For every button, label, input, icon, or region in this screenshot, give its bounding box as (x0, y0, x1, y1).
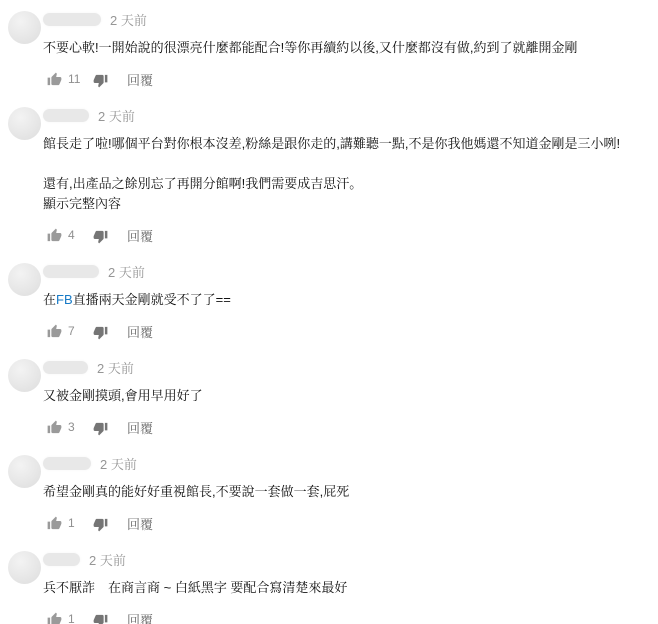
avatar[interactable] (8, 263, 41, 296)
username-redacted[interactable] (43, 457, 91, 470)
like-button[interactable]: 4 (47, 228, 93, 243)
like-button[interactable]: 1 (47, 516, 93, 531)
comment-actions: 4 回覆 (43, 226, 650, 244)
reply-button[interactable]: 回覆 (127, 514, 153, 533)
comment: 2 天前 又被金剛摸頭,會用早用好了 3 回覆 (8, 358, 650, 436)
username-redacted[interactable] (43, 265, 99, 278)
comment-paragraph: 還有,出產品之餘別忘了再開分館啊!我們需要成吉思汗。 (43, 174, 650, 194)
comment-text: 在FB直播兩天金剛就受不了了== (43, 290, 650, 310)
dislike-button[interactable] (93, 226, 108, 244)
comment-actions: 1 回覆 (43, 610, 650, 624)
comment-text: 希望金剛真的能好好重視館長,不要說一套做一套,屁死 (43, 482, 650, 502)
like-count: 1 (68, 516, 75, 530)
comment-paragraph: 館長走了啦!哪個平台對你根本沒差,粉絲是跟你走的,講難聽一點,不是你我他媽還不知… (43, 134, 650, 154)
show-more-link[interactable]: 顯示完整內容 (43, 194, 650, 214)
avatar[interactable] (8, 359, 41, 392)
reply-button[interactable]: 回覆 (127, 70, 153, 89)
username-redacted[interactable] (43, 13, 101, 26)
comment-actions: 7 回覆 (43, 322, 650, 340)
comment-content: 2 天前 館長走了啦!哪個平台對你根本沒差,粉絲是跟你走的,講難聽一點,不是你我… (43, 106, 650, 244)
comment-actions: 3 回覆 (43, 418, 650, 436)
like-count: 11 (68, 72, 80, 86)
like-count: 4 (68, 228, 75, 242)
comment-text-segment: 直播兩天金剛就受不了了== (73, 292, 231, 307)
thumb-up-icon (47, 72, 62, 87)
avatar[interactable] (8, 11, 41, 44)
thumb-down-icon (93, 229, 108, 244)
comment: 2 天前 不要心軟!一開始說的很漂亮什麼都能配合!等你再續約以後,又什麼都沒有做… (8, 10, 650, 88)
reply-button[interactable]: 回覆 (127, 322, 153, 341)
comment-text: 不要心軟!一開始說的很漂亮什麼都能配合!等你再續約以後,又什麼都沒有做,約到了就… (43, 38, 650, 58)
comment-header: 2 天前 (43, 106, 650, 125)
comment-text-segment: 在 (43, 292, 56, 307)
avatar[interactable] (8, 107, 41, 140)
thumb-up-icon (47, 612, 62, 624)
comment-actions: 1 回覆 (43, 514, 650, 532)
comment-header: 2 天前 (43, 454, 650, 473)
comment-timestamp[interactable]: 2 天前 (98, 106, 135, 125)
thumb-down-icon (93, 421, 108, 436)
thumb-up-icon (47, 420, 62, 435)
like-button[interactable]: 3 (47, 420, 93, 435)
comment-header: 2 天前 (43, 358, 650, 377)
username-redacted[interactable] (43, 109, 89, 122)
like-button[interactable]: 7 (47, 324, 93, 339)
comment-text: 又被金剛摸頭,會用早用好了 (43, 386, 650, 406)
thumb-up-icon (47, 324, 62, 339)
comment-header: 2 天前 (43, 550, 650, 569)
like-count: 7 (68, 324, 75, 338)
thumb-down-icon (93, 325, 108, 340)
comment: 2 天前 希望金剛真的能好好重視館長,不要說一套做一套,屁死 1 回覆 (8, 454, 650, 532)
comment-actions: 11 回覆 (43, 70, 650, 88)
like-count: 1 (68, 612, 75, 624)
comment: 2 天前 在FB直播兩天金剛就受不了了== 7 回覆 (8, 262, 650, 340)
like-count: 3 (68, 420, 75, 434)
comment-content: 2 天前 又被金剛摸頭,會用早用好了 3 回覆 (43, 358, 650, 436)
thumb-up-icon (47, 228, 62, 243)
comment-timestamp[interactable]: 2 天前 (110, 10, 147, 29)
dislike-button[interactable] (93, 514, 108, 532)
comment-text: 兵不厭詐 在商言商 ~ 白紙黑字 要配合寫清楚來最好 (43, 578, 650, 598)
avatar[interactable] (8, 455, 41, 488)
like-button[interactable]: 11 (47, 72, 93, 87)
avatar[interactable] (8, 551, 41, 584)
thumb-up-icon (47, 516, 62, 531)
reply-button[interactable]: 回覆 (127, 418, 153, 437)
comment: 2 天前 兵不厭詐 在商言商 ~ 白紙黑字 要配合寫清楚來最好 1 回覆 (8, 550, 650, 624)
thumb-down-icon (93, 73, 108, 88)
like-button[interactable]: 1 (47, 612, 93, 624)
username-redacted[interactable] (43, 553, 80, 566)
reply-button[interactable]: 回覆 (127, 610, 153, 624)
comment-text: 館長走了啦!哪個平台對你根本沒差,粉絲是跟你走的,講難聽一點,不是你我他媽還不知… (43, 134, 650, 214)
comment-content: 2 天前 不要心軟!一開始說的很漂亮什麼都能配合!等你再續約以後,又什麼都沒有做… (43, 10, 650, 88)
thumb-down-icon (93, 613, 108, 624)
comment-timestamp[interactable]: 2 天前 (108, 262, 145, 281)
dislike-button[interactable] (93, 70, 108, 88)
reply-button[interactable]: 回覆 (127, 226, 153, 245)
dislike-button[interactable] (93, 610, 108, 624)
comments-section: 2 天前 不要心軟!一開始說的很漂亮什麼都能配合!等你再續約以後,又什麼都沒有做… (0, 0, 658, 624)
comment: 2 天前 館長走了啦!哪個平台對你根本沒差,粉絲是跟你走的,講難聽一點,不是你我… (8, 106, 650, 244)
dislike-button[interactable] (93, 322, 108, 340)
comment-header: 2 天前 (43, 10, 650, 29)
fb-link[interactable]: FB (56, 292, 73, 307)
comment-timestamp[interactable]: 2 天前 (89, 550, 126, 569)
comment-content: 2 天前 兵不厭詐 在商言商 ~ 白紙黑字 要配合寫清楚來最好 1 回覆 (43, 550, 650, 624)
comment-timestamp[interactable]: 2 天前 (97, 358, 134, 377)
username-redacted[interactable] (43, 361, 88, 374)
comment-content: 2 天前 在FB直播兩天金剛就受不了了== 7 回覆 (43, 262, 650, 340)
dislike-button[interactable] (93, 418, 108, 436)
thumb-down-icon (93, 517, 108, 532)
comment-header: 2 天前 (43, 262, 650, 281)
comment-content: 2 天前 希望金剛真的能好好重視館長,不要說一套做一套,屁死 1 回覆 (43, 454, 650, 532)
comment-timestamp[interactable]: 2 天前 (100, 454, 137, 473)
